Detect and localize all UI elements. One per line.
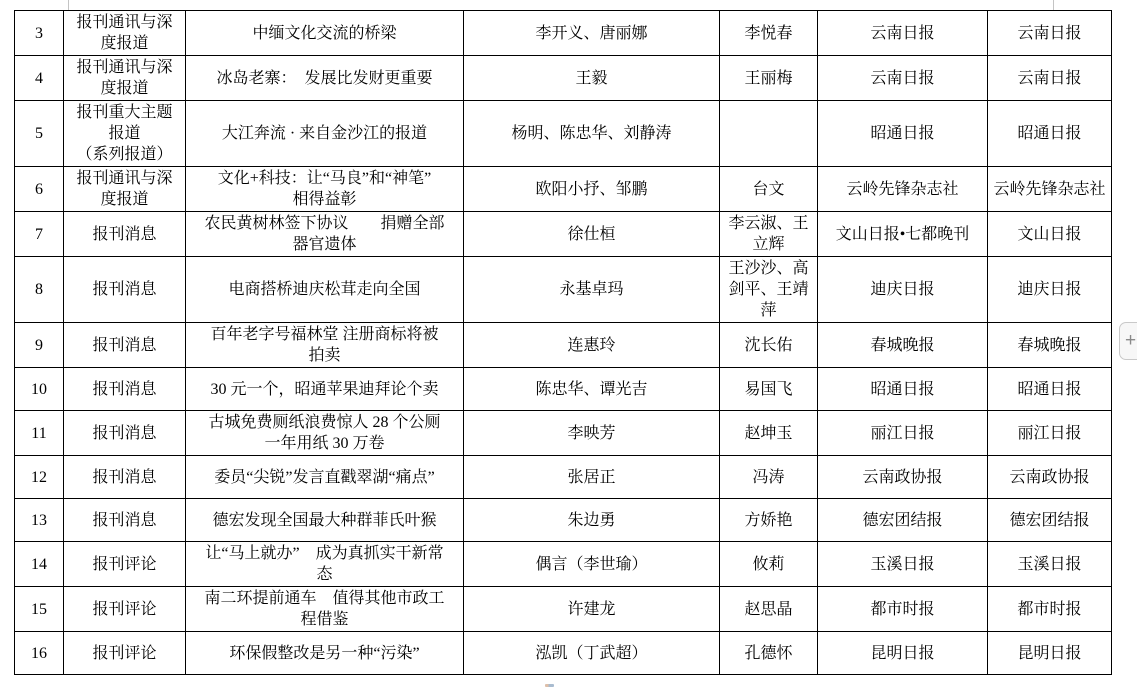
cell-num[interactable]: 6 [15,167,64,212]
cell-recommender[interactable]: 云岭先锋杂志社 [988,167,1112,212]
bottom-artifact [545,684,554,687]
cell-publication[interactable]: 迪庆日报 [818,257,988,323]
cell-category[interactable]: 报刊消息 [64,499,186,542]
cell-category[interactable]: 报刊评论 [64,632,186,675]
cell-authors[interactable]: 泓凯（丁武超） [464,632,720,675]
cell-authors[interactable]: 欧阳小抒、邹鹏 [464,167,720,212]
cell-recommender[interactable]: 玉溪日报 [988,542,1112,587]
cell-recommender[interactable]: 云南政协报 [988,456,1112,499]
cell-num[interactable]: 16 [15,632,64,675]
cell-title[interactable]: 让“马上就办” 成为真抓实干新常 态 [186,542,464,587]
cell-editor[interactable]: 王沙沙、高 剑平、王靖 萍 [720,257,818,323]
cell-recommender[interactable]: 云南日报 [988,56,1112,101]
cell-recommender[interactable]: 德宏团结报 [988,499,1112,542]
cell-num[interactable]: 15 [15,587,64,632]
cell-title[interactable]: 百年老字号福林堂 注册商标将被 拍卖 [186,323,464,368]
cell-publication[interactable]: 昭通日报 [818,101,988,167]
cell-editor[interactable]: 李云淑、王 立辉 [720,212,818,257]
cell-num[interactable]: 10 [15,368,64,411]
table-row: 15报刊评论南二环提前通车 值得其他市政工 程借鉴许建龙赵思晶都市时报都市时报 [15,587,1112,632]
cell-publication[interactable]: 云南日报 [818,56,988,101]
cell-title[interactable]: 30 元一个，昭通苹果迪拜论个卖 [186,368,464,411]
cell-editor[interactable]: 冯涛 [720,456,818,499]
cell-editor[interactable]: 方娇艳 [720,499,818,542]
cell-editor[interactable] [720,101,818,167]
cell-publication[interactable]: 都市时报 [818,587,988,632]
cell-authors[interactable]: 王毅 [464,56,720,101]
cell-authors[interactable]: 偶言（李世瑜） [464,542,720,587]
cell-category[interactable]: 报刊通讯与深 度报道 [64,56,186,101]
cell-publication[interactable]: 丽江日报 [818,411,988,456]
cell-title[interactable]: 委员“尖锐”发言直戳翠湖“痛点” [186,456,464,499]
cell-authors[interactable]: 李开义、唐丽娜 [464,11,720,56]
cell-authors[interactable]: 朱边勇 [464,499,720,542]
cell-title[interactable]: 文化+科技：让“马良”和“神笔” 相得益彰 [186,167,464,212]
cell-num[interactable]: 14 [15,542,64,587]
cell-title[interactable]: 南二环提前通车 值得其他市政工 程借鉴 [186,587,464,632]
cell-editor[interactable]: 李悦春 [720,11,818,56]
cell-num[interactable]: 11 [15,411,64,456]
cell-publication[interactable]: 春城晚报 [818,323,988,368]
cell-publication[interactable]: 文山日报•七都晚刊 [818,212,988,257]
cell-authors[interactable]: 永基卓玛 [464,257,720,323]
cell-publication[interactable]: 云南日报 [818,11,988,56]
table-row: 4报刊通讯与深 度报道冰岛老寨： 发展比发财更重要王毅王丽梅云南日报云南日报 [15,56,1112,101]
cell-editor[interactable]: 孔德怀 [720,632,818,675]
cell-title[interactable]: 德宏发现全国最大种群菲氏叶猴 [186,499,464,542]
table-row: 16报刊评论环保假整改是另一种“污染”泓凯（丁武超）孔德怀昆明日报昆明日报 [15,632,1112,675]
cell-title[interactable]: 环保假整改是另一种“污染” [186,632,464,675]
table-row: 10报刊消息30 元一个，昭通苹果迪拜论个卖陈忠华、谭光吉易国飞昭通日报昭通日报 [15,368,1112,411]
cell-category[interactable]: 报刊消息 [64,456,186,499]
cell-category[interactable]: 报刊评论 [64,542,186,587]
cell-publication[interactable]: 昭通日报 [818,368,988,411]
table-row: 13报刊消息德宏发现全国最大种群菲氏叶猴朱边勇方娇艳德宏团结报德宏团结报 [15,499,1112,542]
cell-num[interactable]: 3 [15,11,64,56]
cell-publication[interactable]: 昆明日报 [818,632,988,675]
cell-title[interactable]: 大江奔流 · 来自金沙江的报道 [186,101,464,167]
cell-num[interactable]: 12 [15,456,64,499]
cell-editor[interactable]: 赵坤玉 [720,411,818,456]
table-row: 8报刊消息电商搭桥迪庆松茸走向全国永基卓玛王沙沙、高 剑平、王靖 萍迪庆日报迪庆… [15,257,1112,323]
cell-num[interactable]: 9 [15,323,64,368]
table-row: 11报刊消息古城免费厕纸浪费惊人 28 个公厕 一年用纸 30 万卷李映芳赵坤玉… [15,411,1112,456]
cell-recommender[interactable]: 丽江日报 [988,411,1112,456]
cell-category[interactable]: 报刊通讯与深 度报道 [64,11,186,56]
cell-category[interactable]: 报刊消息 [64,411,186,456]
top-grid-line-right [1053,0,1054,10]
cell-num[interactable]: 13 [15,499,64,542]
top-grid-line-left [68,0,69,10]
cell-num[interactable]: 4 [15,56,64,101]
cell-num[interactable]: 8 [15,257,64,323]
cell-title[interactable]: 农民黄树林签下协议 捐赠全部 器官遗体 [186,212,464,257]
cell-category[interactable]: 报刊通讯与深 度报道 [64,167,186,212]
cell-category[interactable]: 报刊消息 [64,368,186,411]
cell-editor[interactable]: 台文 [720,167,818,212]
cell-editor[interactable]: 易国飞 [720,368,818,411]
cell-authors[interactable]: 李映芳 [464,411,720,456]
add-button[interactable]: + [1119,322,1137,360]
cell-recommender[interactable]: 都市时报 [988,587,1112,632]
cell-authors[interactable]: 张居正 [464,456,720,499]
cell-title[interactable]: 电商搭桥迪庆松茸走向全国 [186,257,464,323]
cell-recommender[interactable]: 春城晚报 [988,323,1112,368]
cell-publication[interactable]: 云南政协报 [818,456,988,499]
cell-category[interactable]: 报刊消息 [64,257,186,323]
cell-authors[interactable]: 连惠玲 [464,323,720,368]
cell-authors[interactable]: 许建龙 [464,587,720,632]
table-row: 9报刊消息百年老字号福林堂 注册商标将被 拍卖连惠玲沈长佑春城晚报春城晚报 [15,323,1112,368]
cell-recommender[interactable]: 昆明日报 [988,632,1112,675]
cell-authors[interactable]: 杨明、陈忠华、刘静涛 [464,101,720,167]
cell-authors[interactable]: 徐仕桓 [464,212,720,257]
cell-category[interactable]: 报刊消息 [64,212,186,257]
awards-table: 3报刊通讯与深 度报道中缅文化交流的桥梁李开义、唐丽娜李悦春云南日报云南日报4报… [14,10,1112,675]
cell-recommender[interactable]: 昭通日报 [988,368,1112,411]
cell-category[interactable]: 报刊重大主题 报道 （系列报道） [64,101,186,167]
table-row: 14报刊评论让“马上就办” 成为真抓实干新常 态偶言（李世瑜）攸莉玉溪日报玉溪日… [15,542,1112,587]
cell-num[interactable]: 7 [15,212,64,257]
cell-authors[interactable]: 陈忠华、谭光吉 [464,368,720,411]
cell-publication[interactable]: 德宏团结报 [818,499,988,542]
cell-recommender[interactable]: 昭通日报 [988,101,1112,167]
cell-editor[interactable]: 沈长佑 [720,323,818,368]
table-row: 5报刊重大主题 报道 （系列报道）大江奔流 · 来自金沙江的报道杨明、陈忠华、刘… [15,101,1112,167]
cell-recommender[interactable]: 迪庆日报 [988,257,1112,323]
table-row: 12报刊消息委员“尖锐”发言直戳翠湖“痛点”张居正冯涛云南政协报云南政协报 [15,456,1112,499]
cell-title[interactable]: 古城免费厕纸浪费惊人 28 个公厕 一年用纸 30 万卷 [186,411,464,456]
cell-editor[interactable]: 赵思晶 [720,587,818,632]
cell-category[interactable]: 报刊评论 [64,587,186,632]
cell-recommender[interactable]: 文山日报 [988,212,1112,257]
cell-editor[interactable]: 攸莉 [720,542,818,587]
cell-recommender[interactable]: 云南日报 [988,11,1112,56]
cell-category[interactable]: 报刊消息 [64,323,186,368]
cell-title[interactable]: 中缅文化交流的桥梁 [186,11,464,56]
cell-editor[interactable]: 王丽梅 [720,56,818,101]
table-row: 3报刊通讯与深 度报道中缅文化交流的桥梁李开义、唐丽娜李悦春云南日报云南日报 [15,11,1112,56]
table-row: 6报刊通讯与深 度报道文化+科技：让“马良”和“神笔” 相得益彰欧阳小抒、邹鹏台… [15,167,1112,212]
cell-title[interactable]: 冰岛老寨： 发展比发财更重要 [186,56,464,101]
cell-publication[interactable]: 玉溪日报 [818,542,988,587]
table-row: 7报刊消息农民黄树林签下协议 捐赠全部 器官遗体徐仕桓李云淑、王 立辉文山日报•… [15,212,1112,257]
table-body: 3报刊通讯与深 度报道中缅文化交流的桥梁李开义、唐丽娜李悦春云南日报云南日报4报… [15,11,1112,675]
cell-num[interactable]: 5 [15,101,64,167]
cell-publication[interactable]: 云岭先锋杂志社 [818,167,988,212]
